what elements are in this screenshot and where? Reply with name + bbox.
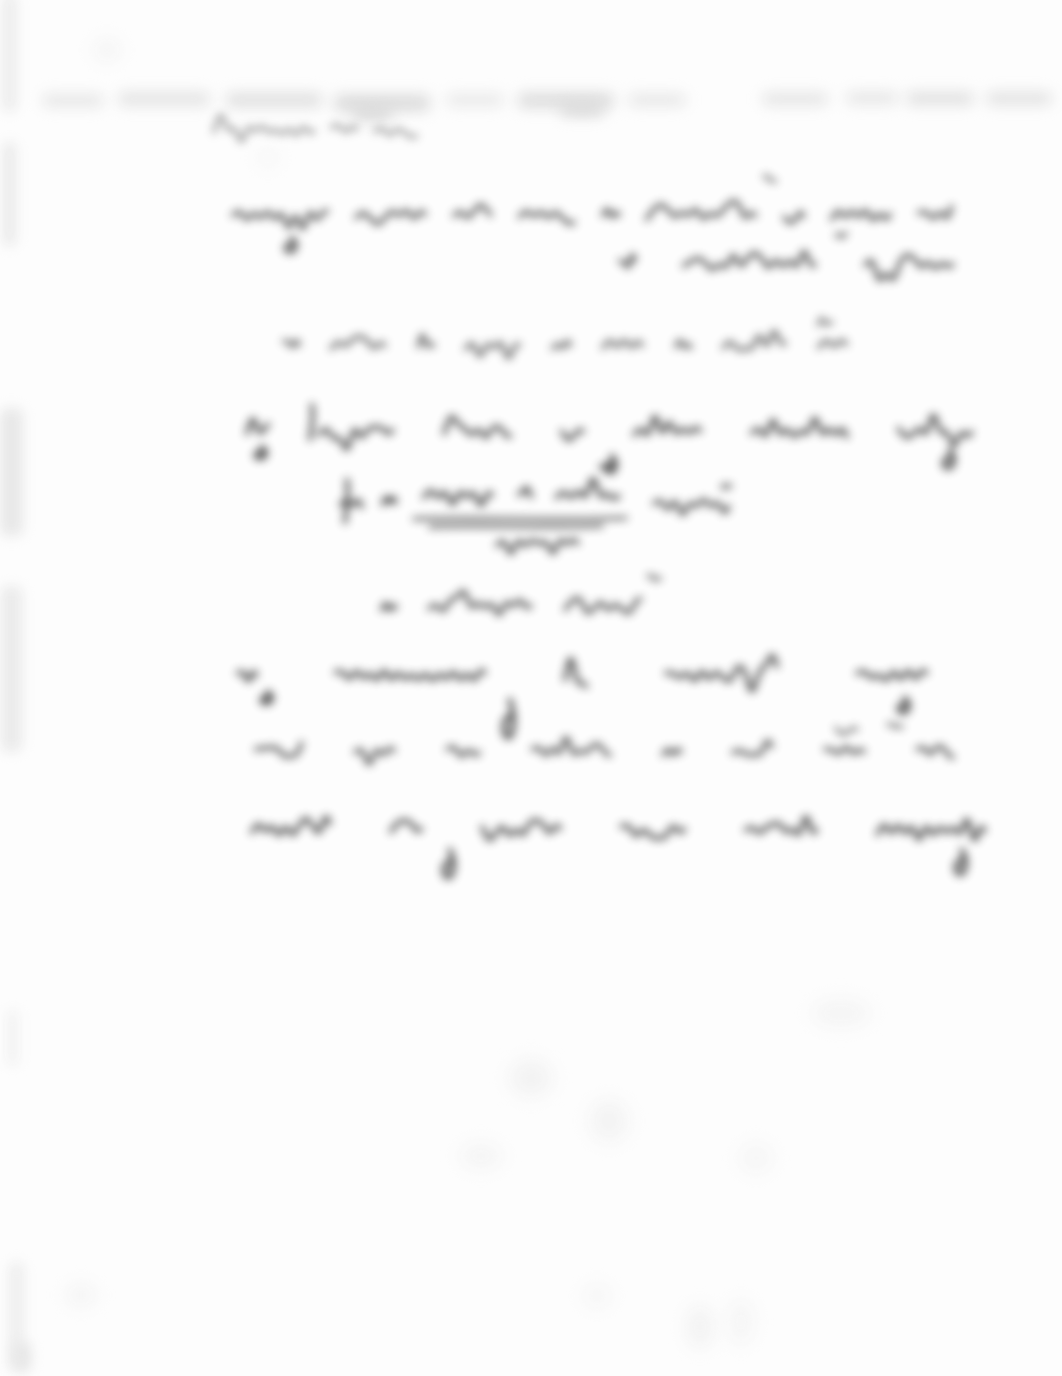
- handwriting-word: [256, 743, 302, 756]
- handwriting-word: [562, 430, 583, 439]
- handwriting-word: [418, 335, 433, 346]
- handwriting-word: [723, 332, 784, 350]
- handwriting-word: [356, 211, 425, 224]
- handwriting-word: [233, 211, 327, 228]
- fraction-bar: [414, 518, 626, 519]
- handwriting-word: [375, 129, 417, 137]
- handwriting-word: [832, 211, 890, 220]
- handwriting-word: [878, 820, 985, 840]
- fraction-bar: [430, 526, 602, 527]
- handwriting-word: [341, 500, 362, 506]
- descender-loop: [944, 450, 954, 468]
- handwriting-word: [519, 488, 531, 497]
- handwriting-word: [454, 205, 490, 217]
- handwriting-word: [466, 343, 519, 358]
- tall-stem-stroke: [310, 405, 313, 439]
- handwriting-word: [482, 820, 560, 839]
- handwriting-word: [252, 817, 330, 834]
- handwriting-word: [752, 419, 847, 437]
- handwriting-word: [383, 498, 395, 504]
- superscript-mark: [836, 728, 857, 734]
- handwriting-word: [565, 659, 586, 686]
- handwriting-word: [825, 747, 864, 753]
- handwriting-word: [319, 427, 392, 449]
- handwriting-word: [497, 540, 578, 553]
- handwriting-word: [391, 821, 421, 832]
- handwriting-word: [553, 341, 570, 348]
- handwriting-word: [746, 817, 816, 834]
- handwriting-word: [663, 749, 680, 754]
- handwriting-word: [899, 415, 972, 445]
- superscript-mark: [722, 485, 731, 489]
- handwriting-ink: [0, 0, 1062, 1376]
- superscript-mark: [888, 724, 902, 728]
- handwriting-word: [214, 115, 314, 141]
- handwriting-word: [355, 748, 394, 763]
- superscript-mark: [648, 575, 660, 580]
- handwriting-word: [247, 419, 268, 433]
- handwriting-word: [603, 341, 642, 348]
- handwriting-word: [676, 341, 691, 348]
- handwriting-word: [784, 213, 803, 223]
- handwriting-word: [865, 255, 952, 280]
- handwriting-word: [603, 210, 619, 217]
- handwriting-word: [654, 500, 729, 514]
- handwriting-word: [424, 491, 492, 505]
- handwriting-word: [666, 656, 777, 691]
- scanned-page: [0, 0, 1062, 1376]
- descender-loop: [444, 850, 454, 877]
- handwriting-word: [284, 341, 299, 346]
- handwriting-word: [918, 746, 953, 757]
- superscript-mark: [600, 465, 611, 469]
- handwriting-word: [565, 598, 640, 612]
- superscript-mark: [818, 318, 832, 325]
- handwriting-word: [634, 417, 700, 435]
- handwriting-word: [622, 826, 685, 839]
- handwriting-word: [429, 591, 530, 614]
- handwriting-word: [382, 604, 396, 610]
- descender-loop: [899, 698, 909, 712]
- handwriting-word: [919, 207, 952, 218]
- handwriting-word: [684, 252, 815, 269]
- descender-loop: [286, 238, 296, 252]
- handwriting-word: [647, 201, 755, 219]
- handwriting-word: [447, 747, 479, 756]
- descender-loop: [262, 692, 272, 703]
- handwriting-word: [557, 479, 619, 498]
- handwriting-word: [857, 671, 926, 680]
- handwriting-word: [331, 125, 356, 131]
- descender-loop: [956, 850, 966, 874]
- handwriting-word: [238, 672, 256, 681]
- handwriting-word: [819, 341, 846, 348]
- handwriting-word: [520, 212, 574, 224]
- handwriting-word: [444, 417, 510, 437]
- handwriting-word: [733, 741, 772, 755]
- superscript-mark: [836, 233, 847, 237]
- superscript-mark: [764, 176, 775, 181]
- tall-stem-stroke: [345, 480, 348, 522]
- descender-loop: [504, 700, 514, 737]
- handwriting-word: [336, 671, 485, 680]
- handwriting-word: [620, 255, 635, 267]
- handwriting-word: [533, 738, 610, 755]
- descender-loop: [256, 447, 266, 458]
- handwriting-word: [331, 337, 384, 349]
